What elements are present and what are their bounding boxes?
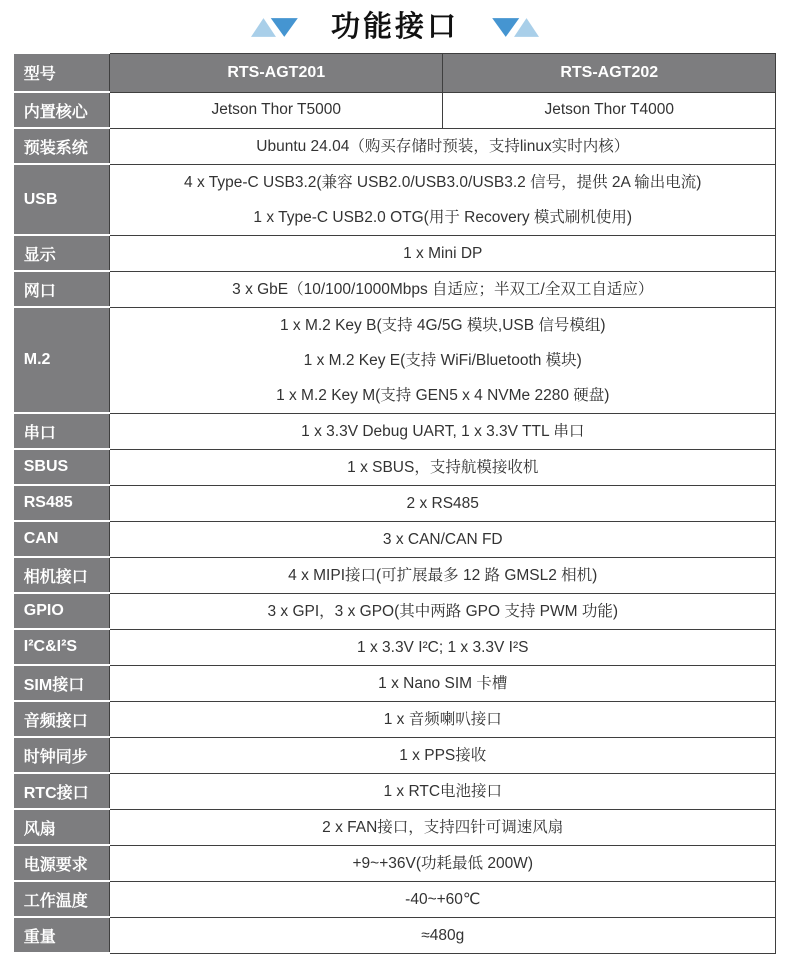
spec-row: SIM接口1 x Nano SIM 卡槽	[14, 665, 776, 701]
spec-value: 3 x GPI，3 x GPO(其中两路 GPO 支持 PWM 功能)	[110, 593, 776, 629]
spec-row: 音频接口1 x 音频喇叭接口	[14, 701, 776, 737]
spec-label: 时钟同步	[14, 737, 110, 773]
spec-table-header-row: 型号 RTS-AGT201 RTS-AGT202	[14, 53, 776, 92]
spec-value-line: 1 x 音频喇叭接口	[116, 702, 769, 737]
spec-label: 网口	[14, 271, 110, 307]
spec-value: Ubuntu 24.04（购买存储时预装，支持linux实时内核）	[110, 128, 776, 164]
spec-value-line: 1 x 3.3V I²C; 1 x 3.3V I²S	[116, 630, 769, 665]
spec-label: 预装系统	[14, 128, 110, 164]
spec-value: 1 x Mini DP	[110, 235, 776, 271]
spec-value: 2 x RS485	[110, 485, 776, 521]
spec-value-line: 1 x M.2 Key E(支持 WiFi/Bluetooth 模块)	[116, 343, 769, 378]
spec-value: 1 x SBUS，支持航模接收机	[110, 449, 776, 485]
spec-label: 串口	[14, 413, 110, 449]
spec-value: ≈480g	[110, 917, 776, 953]
spec-value-line: Ubuntu 24.04（购买存储时预装，支持linux实时内核）	[116, 129, 769, 164]
spec-row: 相机接口4 x MIPI接口(可扩展最多 12 路 GMSL2 相机)	[14, 557, 776, 593]
spec-label: 重量	[14, 917, 110, 953]
spec-value-line: 1 x PPS接收	[116, 738, 769, 773]
spec-row: 电源要求+9~+36V(功耗最低 200W)	[14, 845, 776, 881]
spec-value-line: 1 x M.2 Key M(支持 GEN5 x 4 NVMe 2280 硬盘)	[116, 378, 769, 413]
spec-value-line: 1 x 3.3V Debug UART, 1 x 3.3V TTL 串口	[116, 414, 769, 449]
spec-row: 重量≈480g	[14, 917, 776, 953]
spec-value: 1 x PPS接收	[110, 737, 776, 773]
spec-value: 4 x Type-C USB3.2(兼容 USB2.0/USB3.0/USB3.…	[110, 164, 776, 235]
spec-row: 串口1 x 3.3V Debug UART, 1 x 3.3V TTL 串口	[14, 413, 776, 449]
spec-label: GPIO	[14, 593, 110, 629]
spec-value: 2 x FAN接口，支持四针可调速风扇	[110, 809, 776, 845]
triangles-down-up-icon	[487, 15, 539, 39]
spec-label: USB	[14, 164, 110, 235]
spec-value: 1 x 音频喇叭接口	[110, 701, 776, 737]
spec-sheet-page: 功能接口 型号 RTS-AGT201 RTS-AGT202 内置核心Jetson…	[0, 0, 790, 961]
spec-label: 内置核心	[14, 92, 110, 128]
spec-row: 内置核心Jetson Thor T5000Jetson Thor T4000	[14, 92, 776, 128]
spec-value: 1 x M.2 Key B(支持 4G/5G 模块,USB 信号模组)1 x M…	[110, 307, 776, 413]
spec-value: 1 x RTC电池接口	[110, 773, 776, 809]
spec-row: 风扇2 x FAN接口，支持四针可调速风扇	[14, 809, 776, 845]
spec-value: 3 x CAN/CAN FD	[110, 521, 776, 557]
spec-value-line: 3 x GPI，3 x GPO(其中两路 GPO 支持 PWM 功能)	[116, 594, 769, 629]
spec-value-line: 3 x CAN/CAN FD	[116, 522, 769, 557]
spec-label: 相机接口	[14, 557, 110, 593]
spec-value-line: 1 x SBUS，支持航模接收机	[116, 450, 769, 485]
spec-label: 工作温度	[14, 881, 110, 917]
spec-row: 网口3 x GbE（10/100/1000Mbps 自适应；半双工/全双工自适应…	[14, 271, 776, 307]
spec-row: M.21 x M.2 Key B(支持 4G/5G 模块,USB 信号模组)1 …	[14, 307, 776, 413]
spec-table-body: 内置核心Jetson Thor T5000Jetson Thor T4000预装…	[14, 92, 776, 953]
spec-label: 风扇	[14, 809, 110, 845]
spec-value-line: 2 x FAN接口，支持四针可调速风扇	[116, 810, 769, 845]
spec-value-line: ≈480g	[116, 918, 769, 953]
triangle-down-dark	[492, 18, 519, 37]
spec-value-line: 3 x GbE（10/100/1000Mbps 自适应；半双工/全双工自适应）	[116, 272, 769, 307]
header-model-label: 型号	[14, 53, 110, 92]
triangles-up-down-icon	[251, 15, 303, 39]
triangle-up-light	[514, 18, 539, 37]
spec-label: SBUS	[14, 449, 110, 485]
spec-value: 1 x 3.3V I²C; 1 x 3.3V I²S	[110, 629, 776, 665]
spec-row: 预装系统Ubuntu 24.04（购买存储时预装，支持linux实时内核）	[14, 128, 776, 164]
triangle-down-dark	[271, 18, 298, 37]
spec-value-line: 2 x RS485	[116, 486, 769, 521]
spec-value: 1 x Nano SIM 卡槽	[110, 665, 776, 701]
spec-label: SIM接口	[14, 665, 110, 701]
spec-value-line: +9~+36V(功耗最低 200W)	[116, 846, 769, 881]
spec-row: USB4 x Type-C USB3.2(兼容 USB2.0/USB3.0/US…	[14, 164, 776, 235]
spec-value: 4 x MIPI接口(可扩展最多 12 路 GMSL2 相机)	[110, 557, 776, 593]
spec-row: RS4852 x RS485	[14, 485, 776, 521]
spec-value: -40~+60℃	[110, 881, 776, 917]
spec-value-line: 1 x Mini DP	[116, 236, 769, 271]
spec-row: GPIO3 x GPI，3 x GPO(其中两路 GPO 支持 PWM 功能)	[14, 593, 776, 629]
header-model-col1: RTS-AGT201	[110, 53, 443, 92]
spec-label: CAN	[14, 521, 110, 557]
spec-label: M.2	[14, 307, 110, 413]
spec-value: +9~+36V(功耗最低 200W)	[110, 845, 776, 881]
spec-value-line: 4 x MIPI接口(可扩展最多 12 路 GMSL2 相机)	[116, 558, 769, 593]
spec-label: I²C&I²S	[14, 629, 110, 665]
spec-value: 1 x 3.3V Debug UART, 1 x 3.3V TTL 串口	[110, 413, 776, 449]
spec-value-line: 1 x M.2 Key B(支持 4G/5G 模块,USB 信号模组)	[116, 308, 769, 343]
spec-label: 显示	[14, 235, 110, 271]
spec-value-line: 4 x Type-C USB3.2(兼容 USB2.0/USB3.0/USB3.…	[116, 165, 769, 200]
spec-value: 3 x GbE（10/100/1000Mbps 自适应；半双工/全双工自适应）	[110, 271, 776, 307]
page-header: 功能接口	[0, 0, 790, 52]
spec-row: 显示1 x Mini DP	[14, 235, 776, 271]
spec-value-line: -40~+60℃	[116, 882, 769, 917]
spec-row: 工作温度-40~+60℃	[14, 881, 776, 917]
spec-row: CAN3 x CAN/CAN FD	[14, 521, 776, 557]
spec-row: RTC接口1 x RTC电池接口	[14, 773, 776, 809]
spec-label: 音频接口	[14, 701, 110, 737]
header-model-col2: RTS-AGT202	[443, 53, 776, 92]
spec-value-col2: Jetson Thor T4000	[443, 92, 776, 128]
spec-value-line: 1 x Type-C USB2.0 OTG(用于 Recovery 模式刷机使用…	[116, 200, 769, 235]
spec-value-line: 1 x RTC电池接口	[116, 774, 769, 809]
spec-row: SBUS1 x SBUS，支持航模接收机	[14, 449, 776, 485]
spec-value-col1: Jetson Thor T5000	[110, 92, 443, 128]
spec-table: 型号 RTS-AGT201 RTS-AGT202 内置核心Jetson Thor…	[14, 52, 777, 954]
spec-value-line: 1 x Nano SIM 卡槽	[116, 666, 769, 701]
spec-label: 电源要求	[14, 845, 110, 881]
spec-label: RTC接口	[14, 773, 110, 809]
spec-label: RS485	[14, 485, 110, 521]
spec-row: I²C&I²S1 x 3.3V I²C; 1 x 3.3V I²S	[14, 629, 776, 665]
triangle-up-light	[251, 18, 276, 37]
page-title: 功能接口	[331, 13, 459, 42]
spec-row: 时钟同步1 x PPS接收	[14, 737, 776, 773]
